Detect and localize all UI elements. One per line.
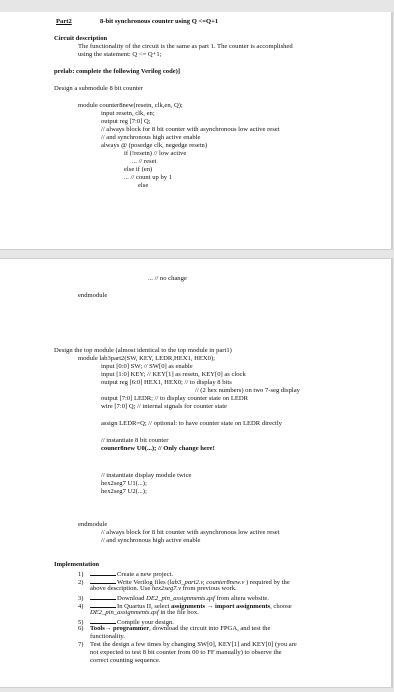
- step-4-continued: DE2_pin_assignments.qsf in the file box.: [90, 609, 199, 617]
- code-line: // instantiate display module twice: [101, 472, 191, 480]
- code-line: else if (en): [124, 166, 152, 174]
- code-line: // (2 hex numbers) on two 7-seg display: [195, 387, 300, 395]
- circuit-description-text-1: The functionality of the circuit is the …: [78, 43, 293, 51]
- code-line: hex2seg7 U1(...);: [101, 480, 147, 488]
- document-page-1: Part2 8-bit synchronous counter using Q …: [0, 12, 393, 250]
- check-blank: [90, 569, 116, 576]
- code-line: output [7:0] LEDR; // to display counter…: [101, 395, 248, 403]
- step-2-continued: above description. Use hex2seg7.v from p…: [90, 585, 237, 593]
- code-comment: // always block for 8 bit counter with a…: [101, 529, 280, 537]
- prelab-instruction: prelab: complete the following Verilog c…: [54, 68, 180, 76]
- document-page-2: ... // no change endmodule Design the to…: [0, 258, 393, 688]
- code-line: output reg [7:0] Q;: [101, 118, 151, 126]
- check-blank: [90, 601, 116, 608]
- code-line: else: [138, 182, 148, 190]
- implementation-heading: Implementation: [54, 561, 99, 569]
- code-line: wire [7:0] Q; // internal signals for co…: [101, 403, 227, 411]
- check-blank: [90, 577, 116, 584]
- code-line: // instantiate 8 bit counter: [101, 437, 168, 445]
- code-line: ... // reset: [132, 158, 156, 166]
- endmodule-keyword: endmodule: [78, 521, 107, 529]
- part-label: Part2: [56, 18, 72, 26]
- check-blank: [90, 593, 116, 600]
- code-line: ... // count up by 1: [124, 174, 172, 182]
- step-6: 6)Tools→ programmer, download the circui…: [78, 625, 270, 633]
- no-change-comment: ... // no change: [148, 275, 187, 283]
- design-top-module-text: Design the top module (almost identical …: [54, 347, 232, 355]
- code-line: assign LEDR=Q; // optional: to have coun…: [101, 420, 282, 428]
- part-title: 8-bit synchronous counter using Q <=Q+1: [100, 18, 218, 26]
- code-line-highlight: couner8new U0(...); // Only change here!: [101, 445, 215, 453]
- code-line: // and synchronous high active enable: [101, 134, 200, 142]
- code-line: output reg [6:0] HEX1, HEX0; // to displ…: [101, 379, 232, 387]
- step-number: 4): [78, 603, 90, 611]
- circuit-description-heading: Circuit description: [54, 35, 107, 43]
- step-7: 7)Test the design a few times by changin…: [78, 641, 297, 649]
- check-blank: [90, 617, 116, 624]
- step-7-continued: correct counting sequence.: [90, 657, 160, 665]
- endmodule-keyword: endmodule: [78, 292, 107, 300]
- code-line: input [0:0] SW; // SW[0] as enable: [101, 363, 193, 371]
- design-submodule-text: Design a submodule 8 bit counter: [54, 85, 143, 93]
- code-line: hex2seg7 U2(...);: [101, 488, 147, 496]
- step-6-continued: functionality.: [90, 633, 125, 641]
- code-line: always @ (posedge clk, negedge resetn): [101, 142, 207, 150]
- code-line: input [1:0] KEY; // KEY[1] as resetn, KE…: [101, 371, 246, 379]
- code-line: module lab3part2(SW, KEY, LEDR,HEX1, HEX…: [78, 355, 215, 363]
- code-line: if (!resetn) // low active: [124, 150, 186, 158]
- step-number: 7): [78, 641, 90, 649]
- step-number: 2): [78, 579, 90, 587]
- step-7-continued: not expected to test 8 bit counter from …: [90, 649, 282, 657]
- arrow-icon: →: [205, 603, 215, 610]
- code-line: // always block for 8 bit counter with a…: [101, 126, 280, 134]
- code-comment: // and synchronous high active enable: [101, 537, 200, 545]
- code-line: input resetn, clk, en;: [101, 110, 155, 118]
- code-line: module counter8new(resetn, clk,en, Q);: [78, 102, 183, 110]
- step-number: 6): [78, 625, 90, 633]
- circuit-description-text-2: using the statement: Q <= Q+1;: [78, 51, 162, 59]
